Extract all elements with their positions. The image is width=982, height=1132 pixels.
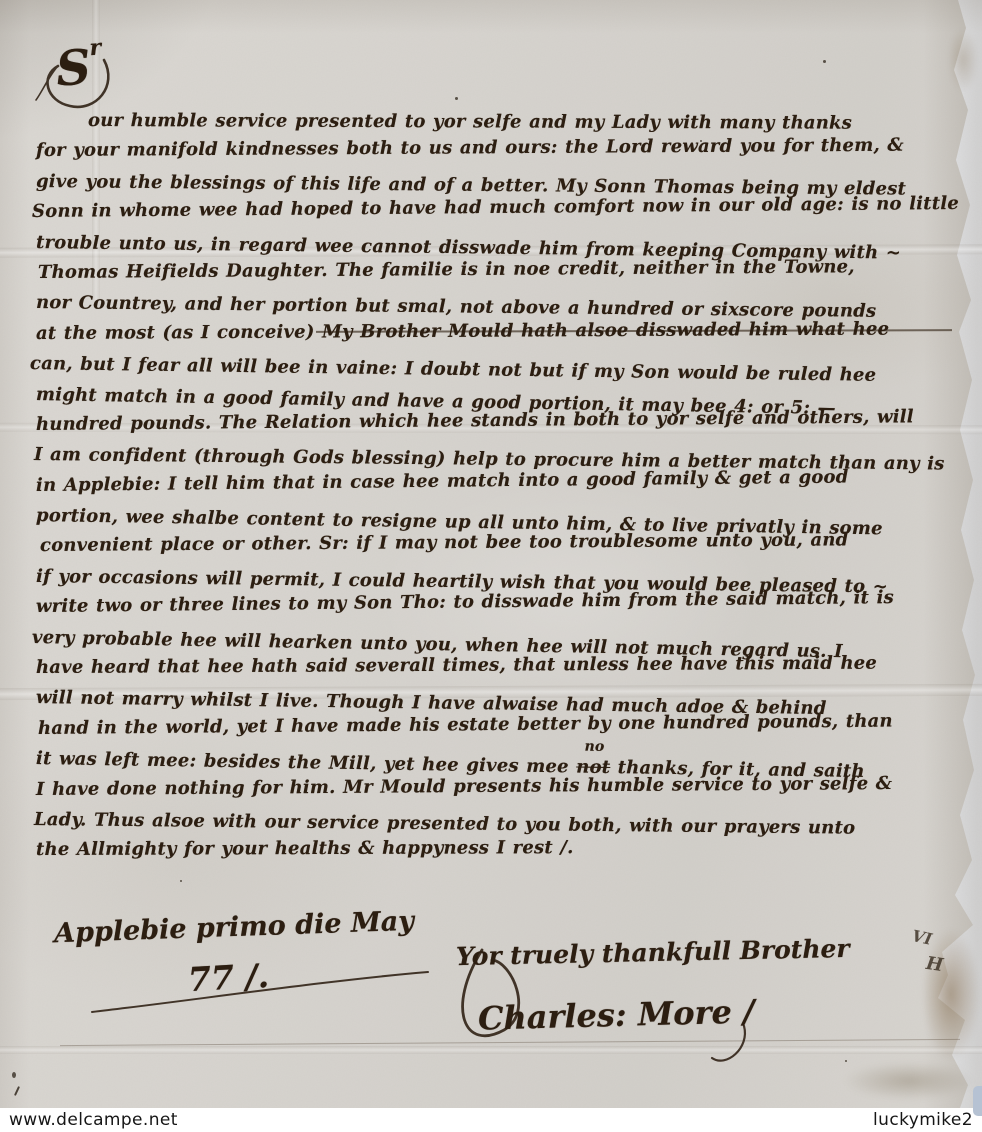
- letter-line: Thomas Heifields Daughter. The familie i…: [38, 251, 966, 288]
- letter-line: at the most (as I conceive) My Brother M…: [36, 314, 966, 349]
- salutation-letter: S: [54, 39, 92, 97]
- inserted-word: no: [584, 740, 604, 754]
- letter-line: convenient place or other. Sr: if I may …: [40, 525, 966, 562]
- letter-body: our humble service presented to yor self…: [36, 106, 966, 866]
- ink-speck: [12, 1072, 16, 1078]
- letter-scan: Sr our humble service presented to yor s…: [0, 0, 982, 1132]
- watermark-seller-text: luckymike2: [873, 1109, 973, 1132]
- margin-mark: H: [925, 953, 945, 976]
- letter-line: I have done nothing for him. Mr Mould pr…: [36, 768, 966, 805]
- letter-line: for your manifold kindnesses both to us …: [36, 131, 966, 167]
- letter-line: the Allmighty for your healths & happyne…: [36, 832, 966, 866]
- watermark-bar: www.delcampe.net luckymike2: [0, 1108, 982, 1132]
- dateline-year: 77 /.: [187, 956, 270, 999]
- signature: Charles: More /: [478, 992, 756, 1037]
- ink-speck: [455, 97, 458, 100]
- salutation-superscript: r: [89, 34, 102, 61]
- ink-speck: [180, 880, 182, 882]
- scan-backing-sliver: [973, 1086, 982, 1116]
- letter-line: have heard that hee hath said severall t…: [36, 648, 966, 683]
- margin-mark: VI: [910, 926, 933, 949]
- salutation: Sr: [54, 34, 104, 97]
- letter-line: Sonn in whome wee had hoped to have had …: [32, 189, 966, 228]
- ink-speck: [845, 1060, 847, 1062]
- ink-speck: [823, 60, 826, 63]
- watermark-site-text: www.delcampe.net: [9, 1109, 178, 1132]
